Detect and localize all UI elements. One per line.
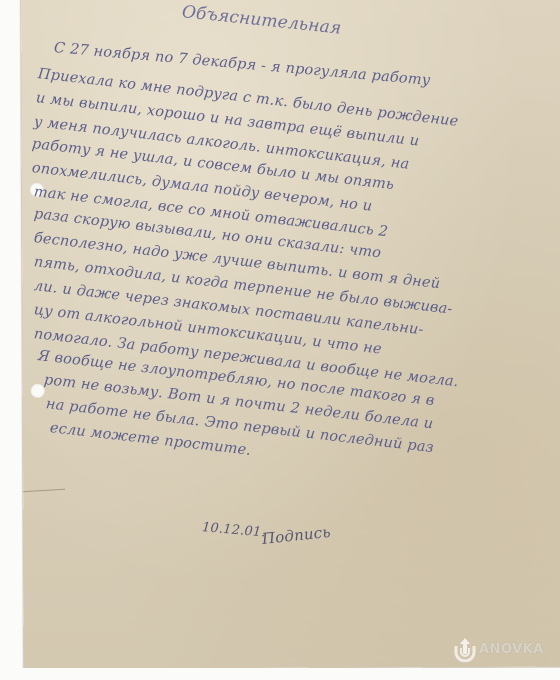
- paper-crease: [23, 489, 65, 492]
- scan-margin: [0, 668, 560, 680]
- site-watermark: ANOVKA: [452, 636, 544, 662]
- watermark-text: ANOVKA: [479, 642, 544, 657]
- u-arrow-logo-icon: [452, 636, 478, 662]
